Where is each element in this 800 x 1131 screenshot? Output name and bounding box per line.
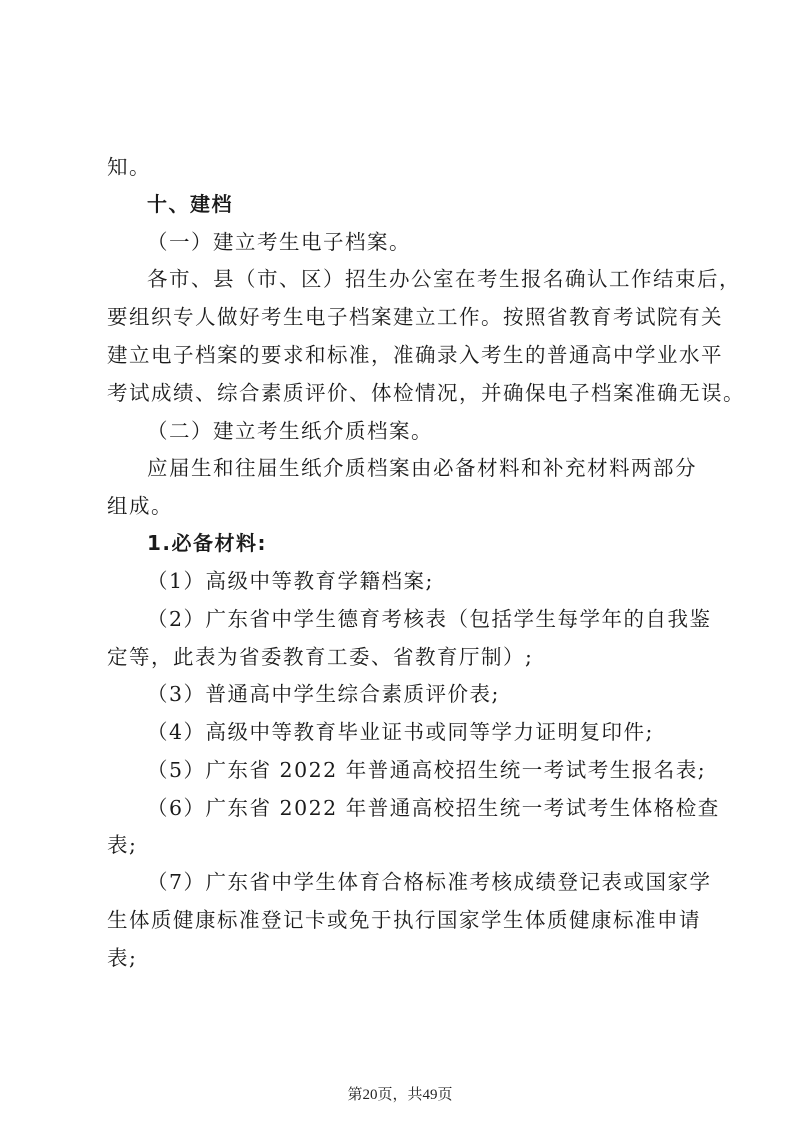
paragraph-line: 各市、县（市、区）招生办公室在考生报名确认工作结束后，: [147, 266, 699, 292]
paragraph-line: 考试成绩、综合素质评价、体检情况，并确保电子档案准确无误。: [107, 380, 745, 406]
list-item: （1）高级中等教育学籍档案;: [147, 568, 434, 594]
list-item: （4）高级中等教育毕业证书或同等学力证明复印件;: [147, 719, 654, 745]
list-item-continuation: 生体质健康标准登记卡或免于执行国家学生体质健康标准申请: [107, 907, 701, 933]
list-item: （7）广东省中学生体育合格标准考核成绩登记表或国家学: [147, 869, 712, 895]
paragraph-line: 建立电子档案的要求和标准，准确录入考生的普通高中学业水平: [107, 342, 723, 368]
subsection-heading-paper-archive: （二）建立考生纸介质档案。: [147, 418, 433, 444]
paragraph-line: 组成。: [107, 493, 173, 519]
list-item-continuation: 表;: [107, 945, 137, 971]
section-heading-archiving: 十、建档: [147, 191, 233, 217]
list-item: （6）广东省 2022 年普通高校招生统一考试考生体格检查: [147, 795, 720, 821]
list-item: （2）广东省中学生德育考核表（包括学生每学年的自我鉴: [147, 606, 712, 632]
list-heading-required-materials: 1.必备材料:: [147, 530, 267, 556]
list-item-continuation: 定等，此表为省委教育工委、省教育厅制）;: [107, 644, 533, 670]
page-number-footer: 第20页，共49页: [0, 1083, 800, 1104]
paragraph-continuation: 知。: [107, 154, 151, 180]
subsection-heading-electronic-archive: （一）建立考生电子档案。: [147, 229, 411, 255]
paragraph-line: 要组织专人做好考生电子档案建立工作。按照省教育考试院有关: [107, 304, 723, 330]
list-item-continuation: 表;: [107, 832, 137, 858]
paragraph-line: 应届生和往届生纸介质档案由必备材料和补充材料两部分: [147, 455, 697, 481]
list-item: （3）普通高中学生综合素质评价表;: [147, 681, 500, 707]
list-item: （5）广东省 2022 年普通高校招生统一考试考生报名表;: [147, 757, 706, 783]
